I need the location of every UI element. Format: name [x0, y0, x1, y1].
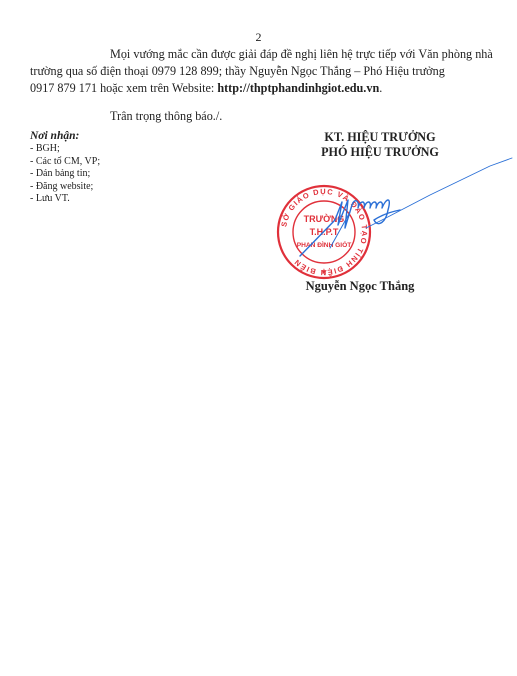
recipients-list: Nơi nhận: - BGH; - Các tổ CM, VP; - Dán …: [30, 130, 100, 206]
body-line: 0917 879 171 hoặc xem trên Website: http…: [30, 80, 485, 97]
handwritten-signature-icon: [290, 150, 517, 270]
signer-name: Nguyễn Ngọc Thắng: [280, 279, 440, 294]
website-link[interactable]: http://thptphandinhgiot.edu.vn: [217, 81, 379, 95]
recipient-item: - Đăng website;: [30, 181, 100, 194]
recipient-item: - BGH;: [30, 143, 100, 156]
page-number: 2: [0, 30, 517, 45]
recipients-title: Nơi nhận:: [30, 130, 100, 143]
closing-text: Trân trọng thông báo./.: [110, 109, 222, 124]
body-line: Mọi vướng mắc cần được giải đáp đề nghị …: [70, 46, 485, 63]
signature-title-line1: KT. HIỆU TRƯỞNG: [290, 130, 470, 145]
recipient-item: - Lưu VT.: [30, 193, 100, 206]
recipient-item: - Dán bảng tin;: [30, 168, 100, 181]
recipient-item: - Các tổ CM, VP;: [30, 156, 100, 169]
body-paragraph: Mọi vướng mắc cần được giải đáp đề nghị …: [70, 46, 485, 97]
body-line: trường qua số điện thoại 0979 128 899; t…: [30, 63, 485, 80]
